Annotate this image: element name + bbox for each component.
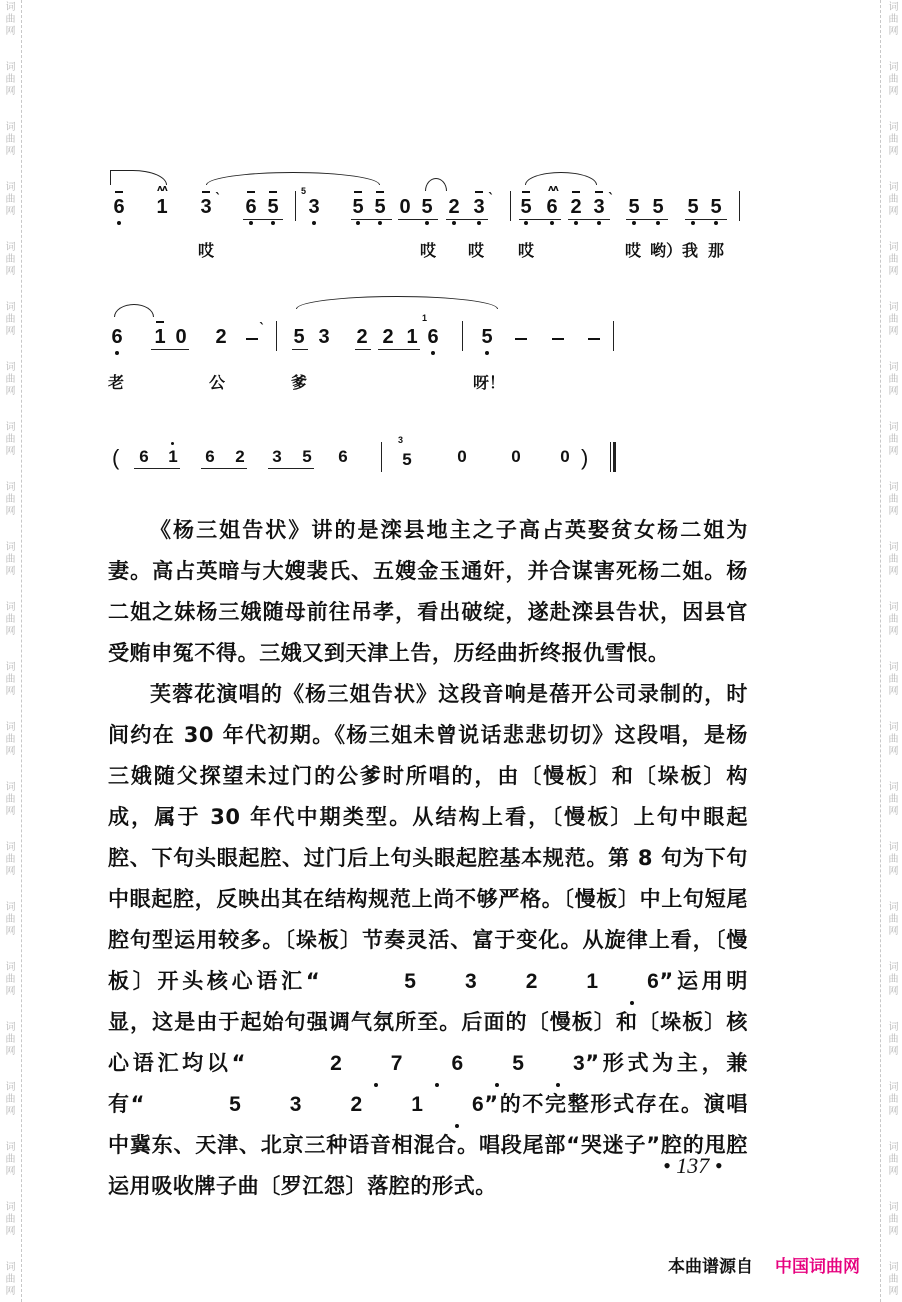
note: 5 (519, 197, 533, 217)
note: 6 (110, 327, 124, 347)
final-barline-thick (613, 442, 616, 472)
watermark-text: 词曲网 (883, 962, 902, 998)
underline (151, 349, 189, 350)
note: 0 (509, 447, 523, 467)
note: 6 (203, 447, 217, 467)
text-segment: 芙蓉花演唱的《杨三姐告状》这段音响是蓓开公司录制的，时间约在 30 年代初期。《… (108, 682, 748, 993)
underline (685, 219, 727, 220)
underline (201, 468, 247, 469)
note: 3 (307, 197, 321, 217)
watermark-text: 词曲网 (0, 602, 21, 638)
note: 6 (244, 197, 258, 217)
watermark-text: 词曲网 (883, 1142, 902, 1178)
note: 5 (351, 197, 365, 217)
extension-dash (246, 338, 258, 340)
note: 3 (270, 447, 284, 467)
watermark-text: 词曲网 (883, 1202, 902, 1238)
barline (613, 321, 614, 351)
underline (268, 468, 314, 469)
note: 5 (651, 197, 665, 217)
slur (525, 172, 597, 185)
note: 1 (405, 327, 419, 347)
lyric: 老 (108, 370, 124, 393)
underline (378, 349, 420, 350)
note: 5 (627, 197, 641, 217)
grace-note: 3 (398, 436, 403, 445)
watermark-text: 词曲网 (883, 1082, 902, 1118)
note: 5 (292, 327, 306, 347)
note: 1 (153, 327, 167, 347)
note: 3 (317, 327, 331, 347)
barline (276, 321, 277, 351)
close-paren: ) (581, 445, 588, 471)
lyric: 公 (209, 370, 225, 393)
barline (510, 191, 511, 221)
watermark-text: 词曲网 (0, 722, 21, 758)
slur (110, 170, 167, 185)
underline (626, 219, 668, 220)
slur (425, 178, 447, 191)
glide-mark-icon: ` (488, 192, 495, 207)
underline (519, 219, 561, 220)
watermark-text: 词曲网 (883, 1262, 902, 1298)
grace-note: 5 (301, 187, 306, 196)
glide-mark-icon: ` (259, 322, 266, 337)
grace-note: 1 (422, 314, 427, 323)
jianpu-motif-2: 2 7 6 5 3 (246, 1043, 585, 1084)
watermark-text: 词曲网 (0, 1022, 21, 1058)
watermark-text: 词曲网 (883, 662, 902, 698)
mordent-icon: ᴧᴧ (157, 184, 167, 194)
note: 2 (447, 197, 461, 217)
lyric: 哎 (518, 238, 534, 261)
note: 0 (398, 197, 412, 217)
lyric: 哎 (420, 238, 436, 261)
note: 6 (112, 197, 126, 217)
note: 5 (373, 197, 387, 217)
note: 1 (155, 197, 169, 217)
note: 1 (166, 447, 180, 467)
glide-mark-icon: ` (215, 192, 222, 207)
watermark-text: 词曲网 (883, 602, 902, 638)
mordent-icon: ᴧᴧ (548, 184, 558, 194)
lyric: 那 (708, 238, 724, 261)
note: 3 (472, 197, 486, 217)
watermark-text: 词曲网 (0, 782, 21, 818)
lyric: 哎 (198, 238, 214, 261)
underline (292, 349, 308, 350)
watermark-text: 词曲网 (0, 1082, 21, 1118)
watermark-text: 词曲网 (0, 542, 21, 578)
note: 2 (569, 197, 583, 217)
barline (739, 191, 740, 221)
watermark-text: 词曲网 (0, 902, 21, 938)
note: 5 (266, 197, 280, 217)
note: 0 (174, 327, 188, 347)
slur (114, 304, 154, 317)
paragraph-plot-summary: 《杨三姐告状》讲的是滦县地主之子高占英娶贫女杨二姐为妻。高占英暗与大嫂裴氏、五嫂… (108, 510, 748, 674)
note: 5 (400, 450, 414, 470)
note: 5 (300, 447, 314, 467)
underline (243, 219, 283, 220)
paragraph-analysis: 芙蓉花演唱的《杨三姐告状》这段音响是蓓开公司录制的，时间约在 30 年代初期。《… (108, 674, 748, 1207)
barline (462, 321, 463, 351)
note: 0 (455, 447, 469, 467)
watermark-text: 词曲网 (883, 842, 902, 878)
note: 5 (709, 197, 723, 217)
watermark-text: 词曲网 (0, 842, 21, 878)
note: 2 (233, 447, 247, 467)
note: 3 (592, 197, 606, 217)
note: 5 (480, 327, 494, 347)
note: 2 (355, 327, 369, 347)
watermark-text: 词曲网 (883, 782, 902, 818)
note: 0 (558, 447, 572, 467)
slur (296, 296, 498, 309)
slur (206, 172, 380, 185)
underline (568, 219, 610, 220)
open-paren: ( (112, 445, 119, 471)
note: 5 (420, 197, 434, 217)
lyric: 哟）我 (650, 238, 698, 261)
watermark-text: 词曲网 (0, 962, 21, 998)
watermark-text: 词曲网 (0, 1262, 21, 1298)
note: 2 (381, 327, 395, 347)
barline (381, 442, 382, 472)
glide-mark-icon: ` (608, 192, 615, 207)
lyric: 哎 (625, 238, 641, 261)
watermark-text: 词曲网 (883, 722, 902, 758)
watermark-text: 词曲网 (883, 902, 902, 938)
jianpu-motif-3: 5 3 2 1 6 (145, 1084, 484, 1125)
jianpu-score: 6 ᴧᴧ 1 3 ` 6 5 5 3 5 5 0 5 2 3 ` 5 ᴧᴧ 6 … (0, 0, 902, 500)
watermark-text: 词曲网 (883, 542, 902, 578)
jianpu-motif-1: 5 3 2 1 6 (320, 961, 659, 1002)
watermark-text: 词曲网 (0, 662, 21, 698)
source-label: 本曲谱源自 (668, 1257, 753, 1277)
extension-dash (515, 338, 527, 340)
page-number: • 137 • (663, 1153, 722, 1179)
note: 6 (426, 327, 440, 347)
site-name-link[interactable]: 中国词曲网 (775, 1257, 860, 1277)
barline (295, 191, 296, 221)
note: 5 (686, 197, 700, 217)
underline (351, 219, 392, 220)
lyric: 呀！ (473, 370, 505, 393)
extension-dash (588, 338, 600, 340)
note: 6 (545, 197, 559, 217)
watermark-text: 词曲网 (883, 1022, 902, 1058)
underline (355, 349, 371, 350)
final-barline-thin (610, 442, 611, 472)
underline (398, 219, 438, 220)
source-attribution: 本曲谱源自中国词曲网 (668, 1252, 860, 1277)
lyric: 爹 (291, 370, 307, 393)
underline (134, 468, 180, 469)
lyric: 哎 (468, 238, 484, 261)
watermark-text: 词曲网 (0, 1202, 21, 1238)
note: 6 (336, 447, 350, 467)
note: 2 (214, 327, 228, 347)
body-text: 《杨三姐告状》讲的是滦县地主之子高占英娶贫女杨二姐为妻。高占英暗与大嫂裴氏、五嫂… (108, 510, 748, 1207)
underline (446, 219, 488, 220)
extension-dash (552, 338, 564, 340)
note: 3 (199, 197, 213, 217)
watermark-text: 词曲网 (0, 1142, 21, 1178)
note: 6 (137, 447, 151, 467)
